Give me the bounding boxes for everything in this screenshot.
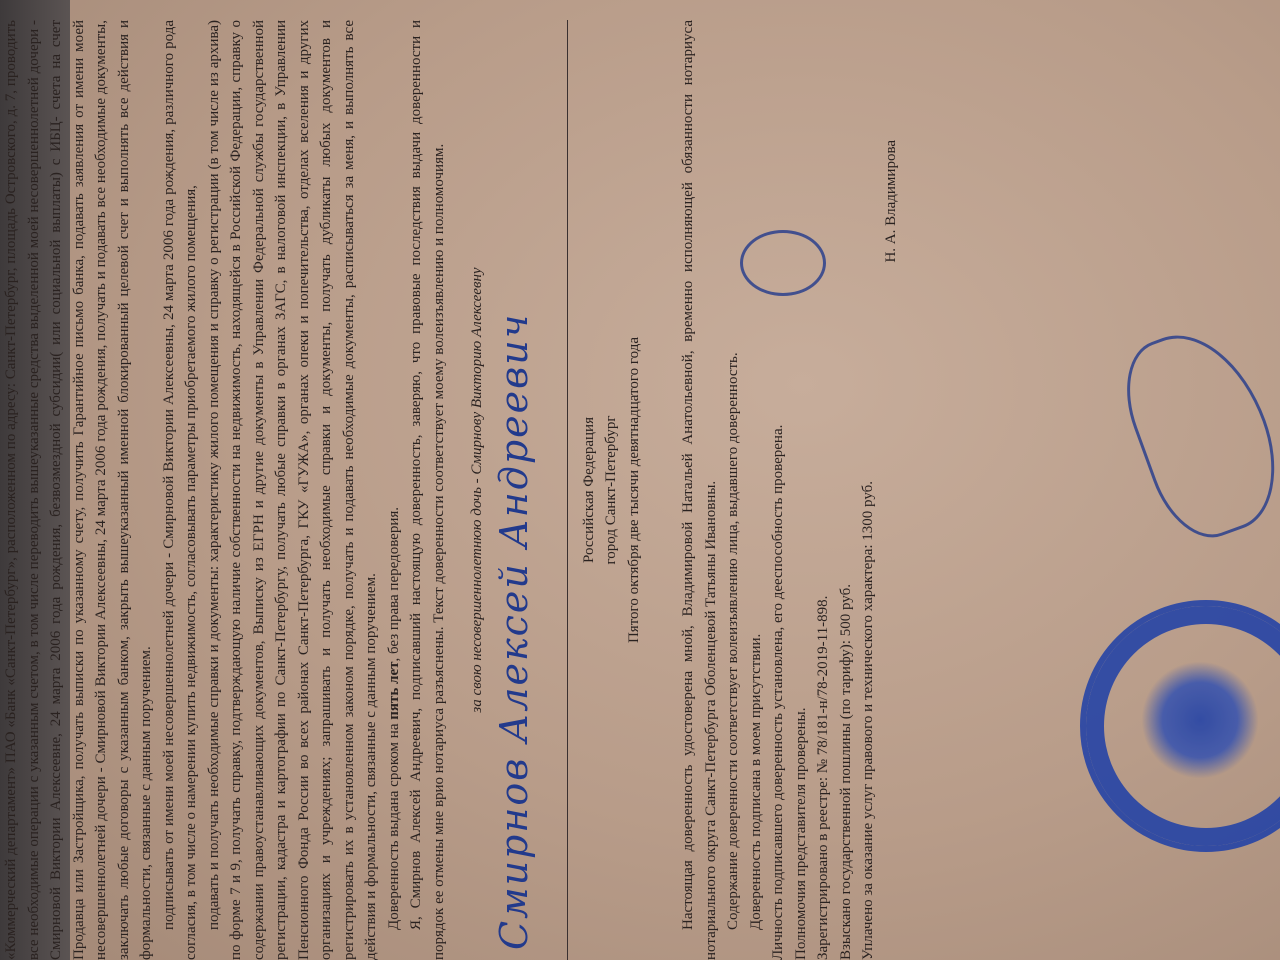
paragraph-documents: подавать и получать необходимые справки … [203,20,383,960]
cert-line-fee: Уплачено за оказание услуг правового и т… [857,20,880,960]
power-of-attorney-page: «Коммерческий департамент» ПАО «Банк «Са… [0,20,1200,960]
paragraph-consents: подписывать от имени моей несовершенноле… [158,20,203,960]
term-duration: пять лет [386,662,402,720]
cert-line-registry: Зарегистрировано в реестре: № 78/181-н/7… [812,20,835,960]
signature-caption: за свою несовершеннолетнюю дочь - Смирно… [466,20,489,960]
coat-of-arms-icon [1141,661,1259,779]
paragraph-declaration: Я, Смирнов Алексей Андреевич, подписавши… [405,20,450,960]
cert-line-content: Содержание доверенности соответствует во… [722,20,745,960]
city: город Санкт-Петербург [600,20,623,960]
cert-line-powers: Полномочия представителя проверены. [790,20,813,960]
country: Российская Федерация [578,20,601,960]
handwritten-signature: Смирнов Алексей Андреевич [503,313,526,950]
term-line: Доверенность выдана сроком на пять лет, … [383,20,406,960]
signature-line: Смирнов Алексей Андреевич [497,20,568,960]
cert-line-duty: Взыскано государственной пошлины (по тар… [835,20,858,960]
signature-loop [740,230,826,296]
cert-line-signed: Доверенность подписана в моем присутстви… [745,20,768,960]
cert-line-identity: Личность подписавшего доверенность устан… [767,20,790,960]
date: Пятого октября две тысячи девятнадцатого… [623,20,646,960]
notary-name: Н. А. Владимирова [880,20,903,960]
paragraph-bank-operations: «Коммерческий департамент» ПАО «Банк «Са… [0,20,158,960]
notary-certification: Настоящая доверенность удостоверена мной… [677,20,722,960]
